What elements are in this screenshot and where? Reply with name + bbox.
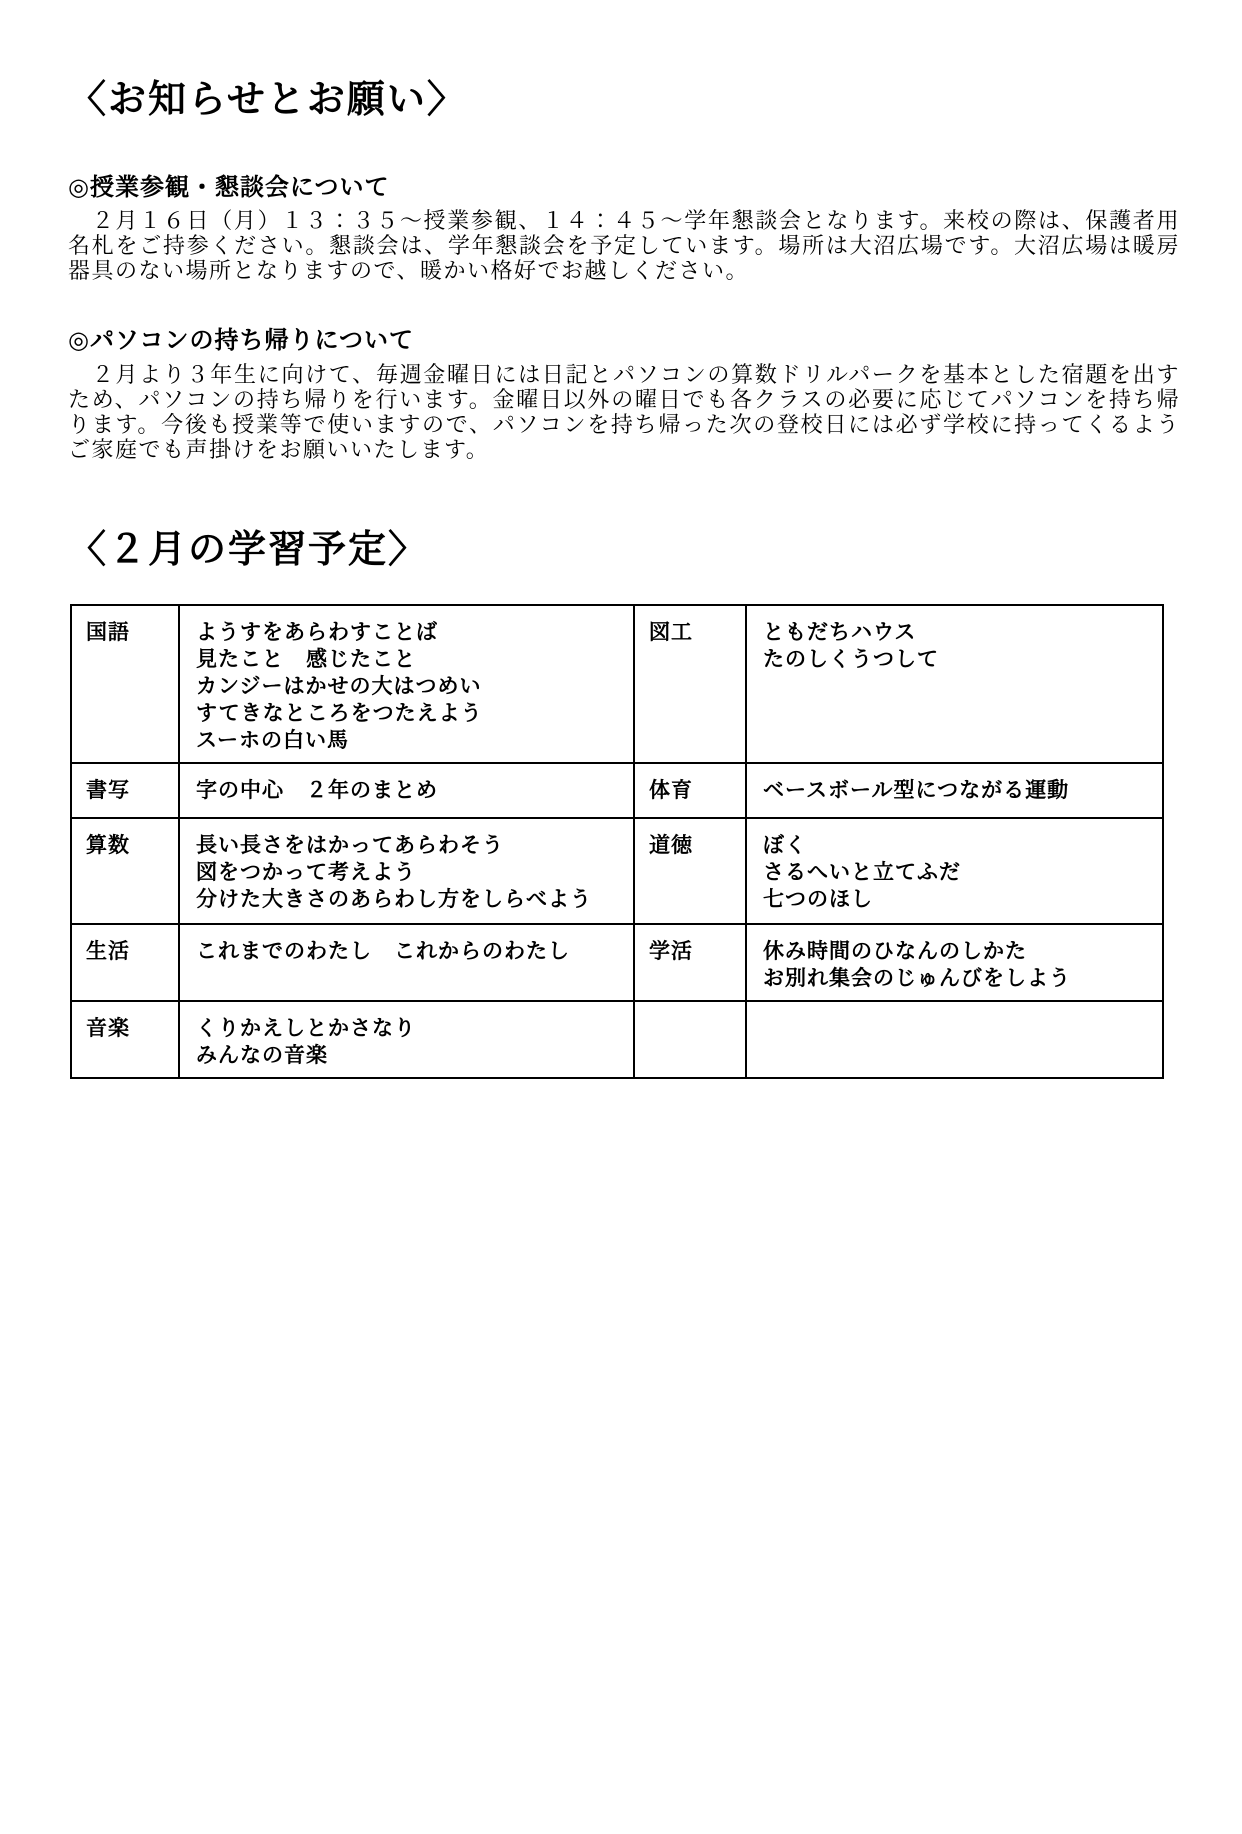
subject-cell-ongaku: 音楽 xyxy=(71,1001,179,1078)
table-row: 国語 ようすをあらわすことば 見たこと 感じたこと カンジーはかせの大はつめい … xyxy=(71,605,1163,763)
subject-cell-gakkatsu: 学活 xyxy=(634,924,746,1001)
newsletter-page: 〈お知らせとお願い〉 ◎授業参観・懇談会について ２月１６日（月）１３：３５～授… xyxy=(0,78,1242,1834)
content-cell-gakkatsu: 休み時間のひなんのしかた お別れ集会のじゅんびをしよう xyxy=(746,924,1163,1001)
subject-cell-taiiku: 体育 xyxy=(634,763,746,818)
section-heading-computer-takehome: ◎パソコンの持ち帰りについて xyxy=(68,327,1180,356)
subject-cell-seikatsu: 生活 xyxy=(71,924,179,1001)
content-cell-seikatsu: これまでのわたし これからのわたし xyxy=(179,924,634,1001)
table-row: 書写 字の中心 ２年のまとめ 体育 ベースボール型につながる運動 xyxy=(71,763,1163,818)
subject-cell-sansu: 算数 xyxy=(71,818,179,924)
schedule-table: 国語 ようすをあらわすことば 見たこと 感じたこと カンジーはかせの大はつめい … xyxy=(70,604,1164,1079)
table-row: 算数 長い長さをはかってあらわそう 図をつかって考えよう 分けた大きさのあらわし… xyxy=(71,818,1163,924)
schedule-title: 〈２月の学習予定〉 xyxy=(68,528,1180,574)
content-cell-dotoku: ぼく さるへいと立てふだ 七つのほし xyxy=(746,818,1163,924)
content-cell-kokugo: ようすをあらわすことば 見たこと 感じたこと カンジーはかせの大はつめい すてき… xyxy=(179,605,634,763)
table-row: 生活 これまでのわたし これからのわたし 学活 休み時間のひなんのしかた お別れ… xyxy=(71,924,1163,1001)
subject-cell-kokugo: 国語 xyxy=(71,605,179,763)
subject-cell-zuko: 図工 xyxy=(634,605,746,763)
content-cell-shosha: 字の中心 ２年のまとめ xyxy=(179,763,634,818)
section-class-observation: ◎授業参観・懇談会について ２月１６日（月）１３：３５～授業参観、１４：４５～学… xyxy=(68,174,1180,284)
section-body-class-observation: ２月１６日（月）１３：３５～授業参観、１４：４５～学年懇談会となります。来校の際… xyxy=(68,208,1180,283)
content-cell-ongaku: くりかえしとかさなり みんなの音楽 xyxy=(179,1001,634,1078)
subject-cell-shosha: 書写 xyxy=(71,763,179,818)
subject-cell-dotoku: 道徳 xyxy=(634,818,746,924)
content-cell-sansu: 長い長さをはかってあらわそう 図をつかって考えよう 分けた大きさのあらわし方をし… xyxy=(179,818,634,924)
section-body-computer-takehome: ２月より３年生に向けて、毎週金曜日には日記とパソコンの算数ドリルパークを基本とし… xyxy=(68,362,1180,462)
table-row: 音楽 くりかえしとかさなり みんなの音楽 xyxy=(71,1001,1163,1078)
section-heading-class-observation: ◎授業参観・懇談会について xyxy=(68,174,1180,203)
page-title: 〈お知らせとお願い〉 xyxy=(68,78,1180,124)
empty-cell xyxy=(634,1001,746,1078)
empty-cell xyxy=(746,1001,1163,1078)
section-computer-takehome: ◎パソコンの持ち帰りについて ２月より３年生に向けて、毎週金曜日には日記とパソコ… xyxy=(68,327,1180,462)
content-cell-zuko: ともだちハウス たのしくうつして xyxy=(746,605,1163,763)
content-cell-taiiku: ベースボール型につながる運動 xyxy=(746,763,1163,818)
